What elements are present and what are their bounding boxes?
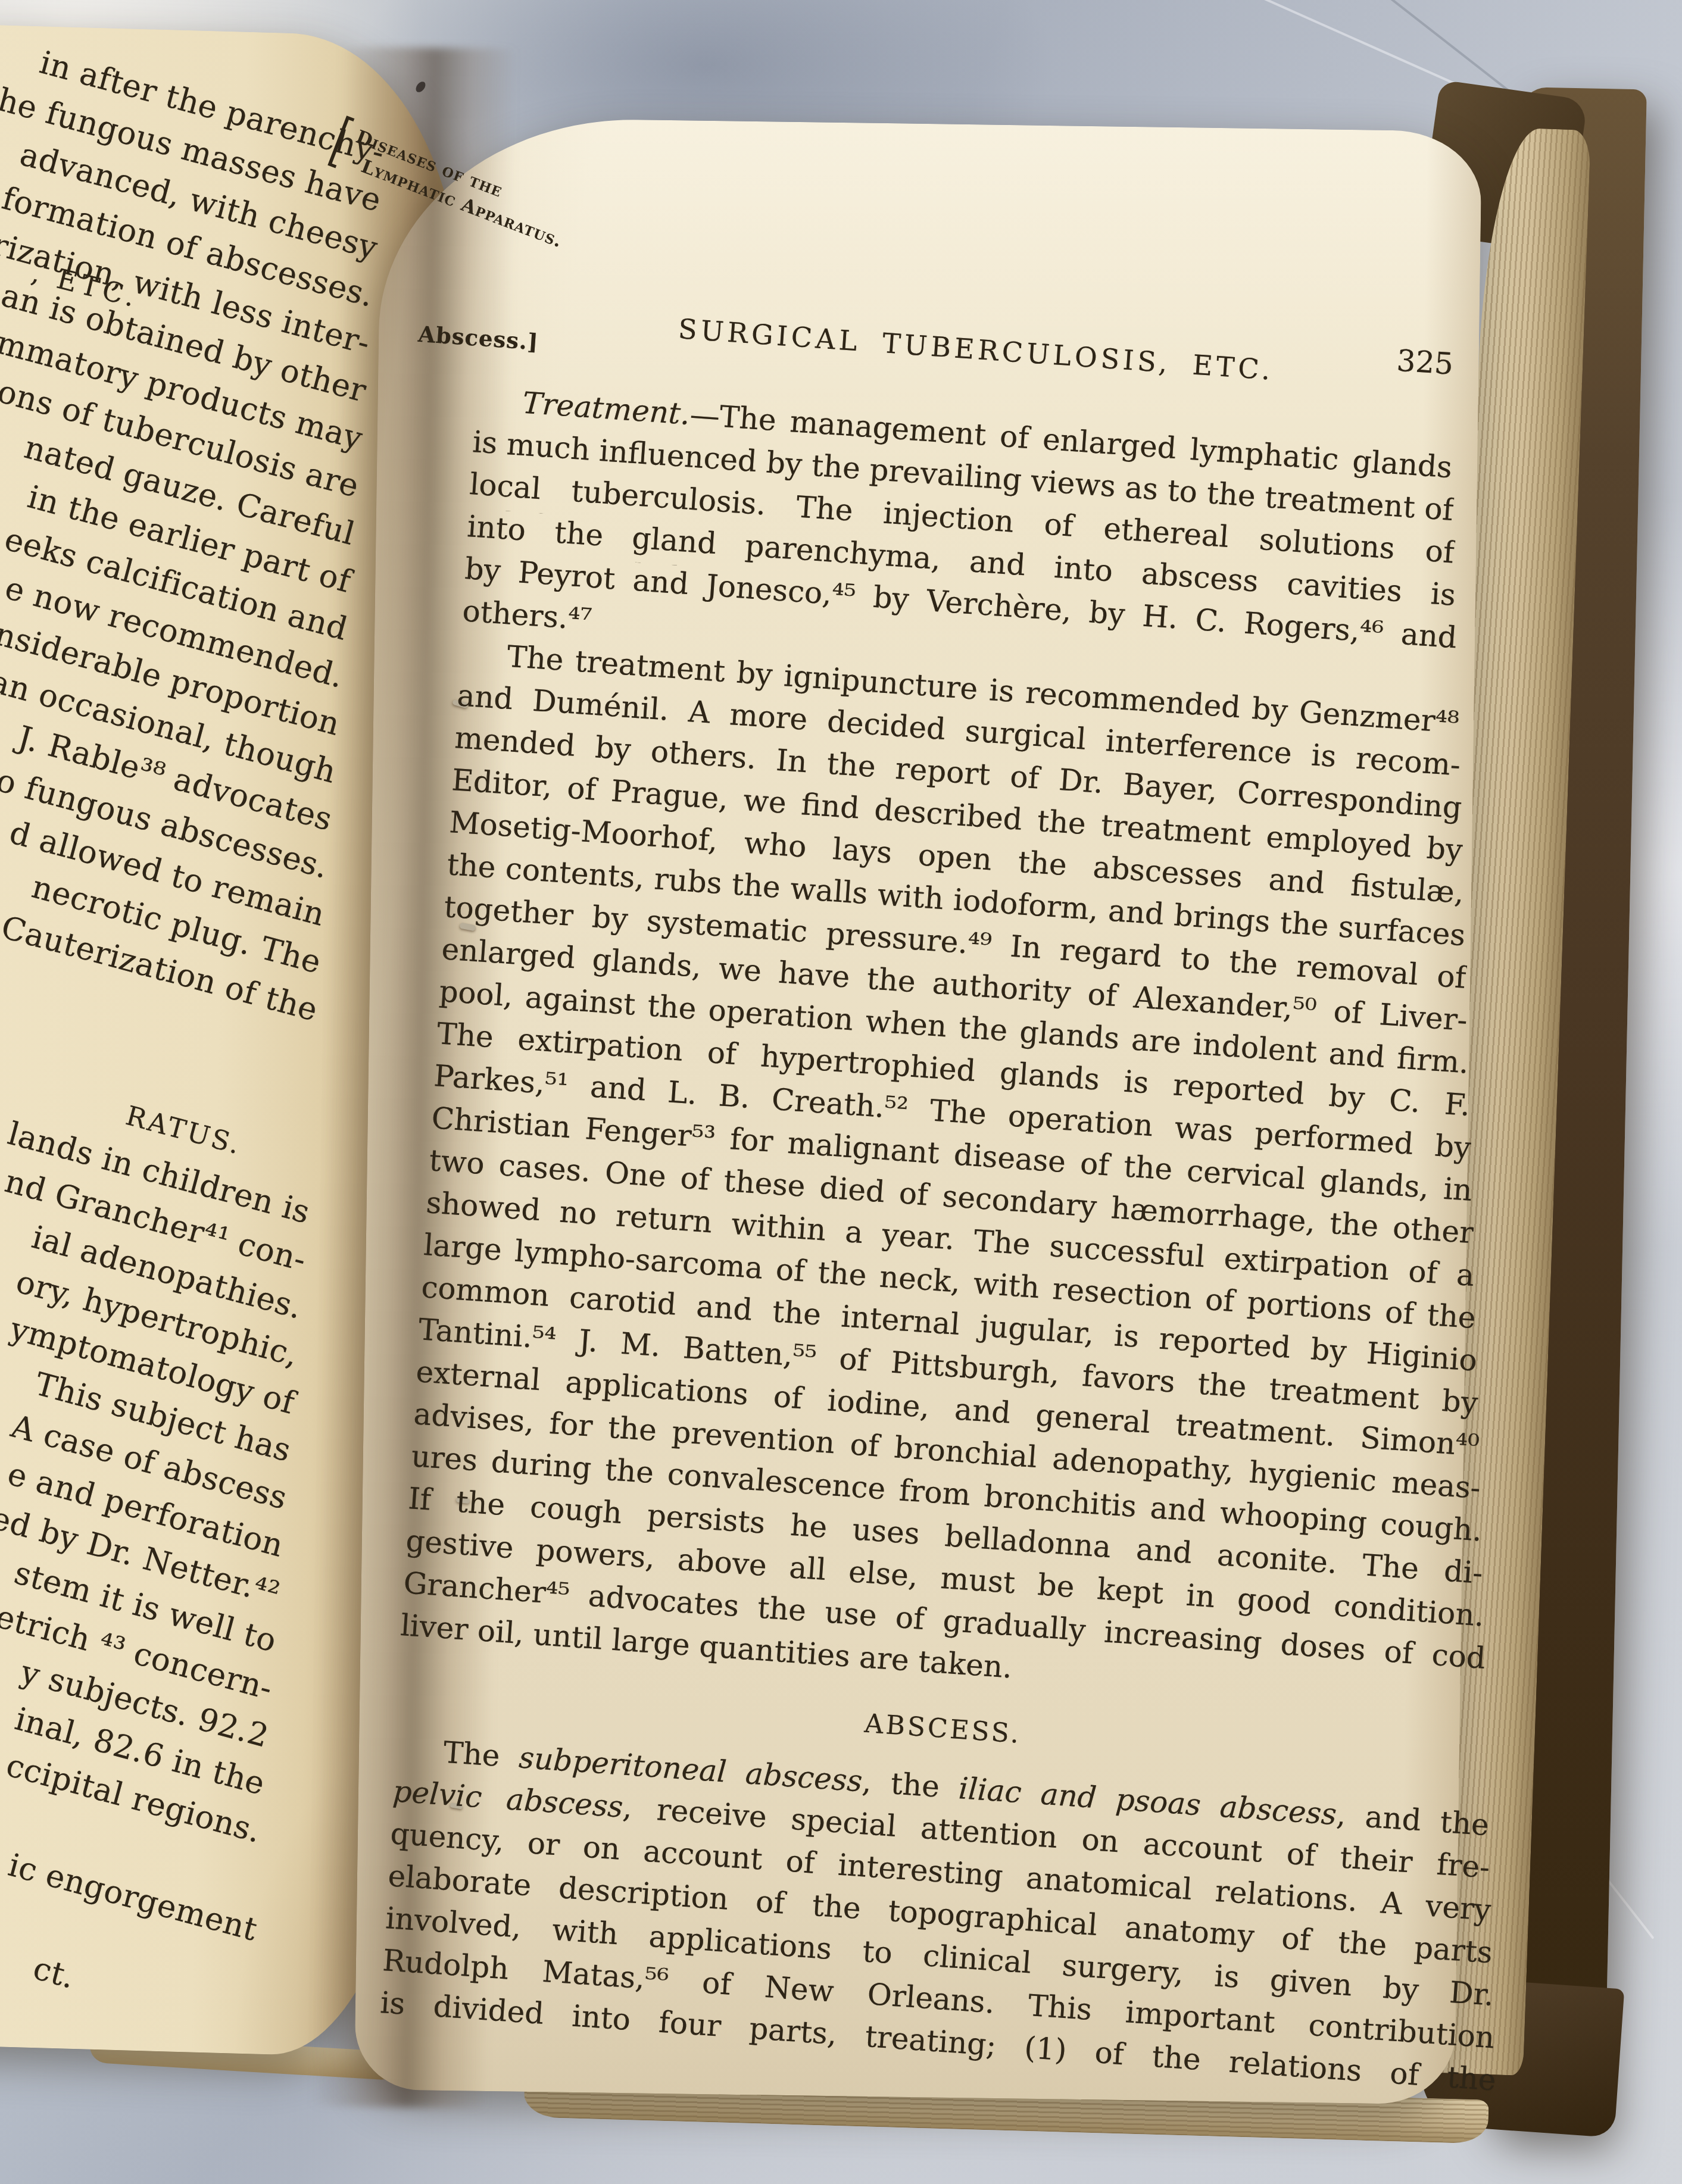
page-number: 325: [1396, 343, 1455, 382]
photo-of-open-book: , ETC. [ Diseases of the Lymphatic Appar…: [0, 0, 1682, 2184]
right-page-text: Abscess.] SURGICAL TUBERCULOSIS, ETC. 32…: [0, 0, 1682, 2184]
running-header-title: SURGICAL TUBERCULOSIS, ETC.: [678, 313, 1275, 386]
right-running-header: Abscess.] SURGICAL TUBERCULOSIS, ETC. 32…: [471, 296, 1453, 399]
running-header-section: Abscess.]: [417, 321, 539, 355]
